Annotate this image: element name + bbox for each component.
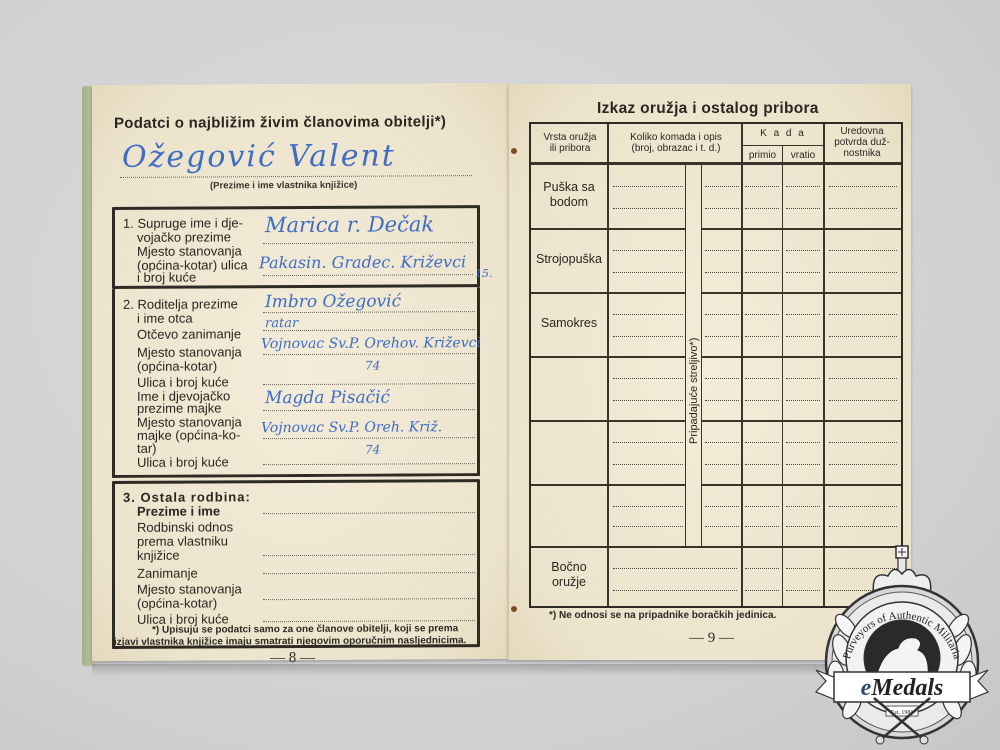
occupation-label: Otčevo zanimanje bbox=[137, 326, 241, 342]
mother-street-line bbox=[263, 463, 475, 465]
row-rifle-label-1: Puška sa bbox=[531, 180, 607, 195]
row-sep-2a bbox=[531, 292, 685, 294]
header-type-2: ili pribora bbox=[531, 143, 609, 154]
header-qty-2: (broj, obrazac i t. d.) bbox=[611, 143, 741, 154]
col-divider-3 bbox=[823, 124, 825, 606]
mother-name-line bbox=[263, 409, 475, 411]
mother-residence-value: Vojnovac Sv.P. Oreh. Križ. bbox=[261, 417, 442, 438]
staple-top bbox=[511, 148, 517, 154]
occupation-line bbox=[263, 329, 475, 331]
left-page: Podatci o najbližim živim članovima obit… bbox=[92, 83, 508, 661]
spouse-addr-label-3: i broj kuće bbox=[137, 270, 196, 285]
header-quantity: Koliko komada i opis (broj, obrazac i t.… bbox=[611, 132, 741, 154]
row-sep-3b bbox=[701, 356, 901, 358]
father-residence-value: Vojnovac Sv.P. Orehov. Križevci bbox=[261, 333, 481, 354]
spouse-house-number: 15. bbox=[475, 264, 493, 284]
page-number-8: — 8 — bbox=[270, 650, 315, 667]
residence-label-1: Mjesto stanovanja bbox=[137, 344, 242, 360]
weapons-table: Vrsta oružja ili pribora Koliko komada i… bbox=[529, 122, 903, 608]
row-sep-5b bbox=[701, 484, 901, 486]
other-relatives-heading: 3. Ostala rodbina: bbox=[123, 489, 251, 505]
parents-label-2: i ime otca bbox=[137, 311, 193, 326]
relative-street-line[interactable] bbox=[263, 620, 475, 622]
ammo-vertical-label: Pripadajuće streljivo*) bbox=[688, 338, 700, 444]
header-qty-1: Koliko komada i opis bbox=[611, 132, 741, 143]
row-sidearm-label-1: Bočno bbox=[531, 560, 607, 575]
left-footnote-line2: izjavi vlastnika knjižice imaju smatrati… bbox=[114, 635, 466, 649]
header-type-1: Vrsta oružja bbox=[531, 132, 609, 143]
spouse-name-value: Marica r. Dečak bbox=[265, 214, 434, 235]
row-sep-1b bbox=[701, 228, 901, 230]
relation-label-2: prema vlastniku bbox=[137, 533, 228, 548]
brand-medals: Medals bbox=[870, 675, 943, 701]
relative-res-label-1: Mjesto stanovanja bbox=[137, 581, 242, 597]
col-divider-received bbox=[782, 145, 783, 606]
page-number-9: — 9 — bbox=[689, 630, 734, 647]
brand-e: e bbox=[861, 675, 872, 701]
relation-line[interactable] bbox=[263, 554, 475, 556]
book-shadow bbox=[92, 664, 907, 676]
row-sidearm-label-2: oružje bbox=[531, 575, 607, 590]
relative-res-label-2: (općina-kotar) bbox=[137, 595, 217, 610]
mother-res-label-3: tar) bbox=[137, 441, 157, 456]
right-footnote: *) Ne odnosi se na pripadnike boračkih j… bbox=[549, 610, 776, 622]
row-pistol: Samokres bbox=[531, 316, 607, 331]
spouse-address-line bbox=[263, 274, 473, 276]
relative-occupation-line[interactable] bbox=[263, 572, 475, 574]
mother-house-no-value: 74 bbox=[365, 440, 380, 460]
owner-name-line bbox=[120, 175, 472, 178]
row-sep-5a bbox=[531, 484, 685, 486]
relative-name-line[interactable] bbox=[263, 512, 475, 514]
row-machine-gun: Strojopuška bbox=[531, 252, 607, 267]
ammo-col-left bbox=[685, 164, 686, 546]
street-line bbox=[263, 383, 475, 385]
svg-text:eMedals: eMedals bbox=[861, 675, 944, 701]
header-when-divider bbox=[743, 145, 823, 146]
father-name-line bbox=[263, 311, 475, 313]
header-returned: vratio bbox=[783, 150, 823, 161]
spouse-address-value: Pakasin. Gradec. Križevci bbox=[259, 252, 466, 273]
mother-name-value: Magda Pisačić bbox=[265, 388, 390, 409]
row-sep-3a bbox=[531, 356, 685, 358]
header-when: K a d a bbox=[743, 128, 823, 139]
row-sep-2b bbox=[701, 292, 901, 294]
header-confirmation: Uredovna potvrda duž- nostnika bbox=[825, 126, 899, 159]
parents-label-1: 2. Roditelja prezime bbox=[123, 296, 238, 312]
weapons-record-title: Izkaz oružja i ostalog pribora bbox=[597, 100, 819, 118]
emedals-watermark-logo: Purveyors of Authentic Militaria eMedals… bbox=[812, 540, 992, 750]
header-bottom-rule bbox=[531, 162, 901, 165]
row-sep-4a bbox=[531, 420, 685, 422]
mother-street-label: Ulica i broj kuće bbox=[137, 454, 229, 469]
father-house-no-value: 74 bbox=[365, 356, 380, 376]
owner-name-handwritten: Ožegović Valent bbox=[122, 138, 396, 174]
header-confirm-1: Uredovna bbox=[825, 126, 899, 137]
row-rifle-bayonet: Puška sa bodom bbox=[531, 180, 607, 210]
staple-bottom bbox=[511, 606, 517, 612]
relative-residence-line[interactable] bbox=[263, 598, 475, 600]
relative-occupation-label: Zanimanje bbox=[137, 566, 198, 581]
row-rifle-label-2: bodom bbox=[531, 195, 607, 210]
header-confirm-3: nostnika bbox=[825, 148, 899, 159]
residence-label-2: (općina-kotar) bbox=[137, 358, 217, 373]
spouse-name-line bbox=[263, 242, 473, 244]
col-divider-2 bbox=[741, 124, 743, 606]
relative-name-label: Prezime i ime bbox=[137, 503, 220, 518]
row-sep-1a bbox=[531, 228, 685, 230]
header-confirm-2: potvrda duž- bbox=[825, 137, 899, 148]
header-type: Vrsta oružja ili pribora bbox=[531, 132, 609, 154]
owner-caption: (Prezime i ime vlastnika knjižice) bbox=[210, 180, 357, 192]
family-members-title: Podatci o najbližim živim članovima obit… bbox=[114, 113, 446, 132]
father-name-value: Imbro Ožegović bbox=[265, 291, 401, 312]
col-divider-1 bbox=[607, 124, 609, 606]
section-spouse: 1. Supruge ime i dje- vojačko prezime Ma… bbox=[112, 205, 480, 289]
ammo-col-right bbox=[701, 164, 702, 546]
row-sep-4b bbox=[701, 420, 901, 422]
relation-label-3: knjižice bbox=[137, 548, 180, 563]
emedals-badge-icon: Purveyors of Authentic Militaria eMedals… bbox=[812, 540, 992, 750]
header-received: primio bbox=[743, 150, 782, 161]
row-sidearm: Bočno oružje bbox=[531, 560, 607, 590]
section-parents: 2. Roditelja prezime i ime otca Imbro Ož… bbox=[112, 287, 480, 478]
